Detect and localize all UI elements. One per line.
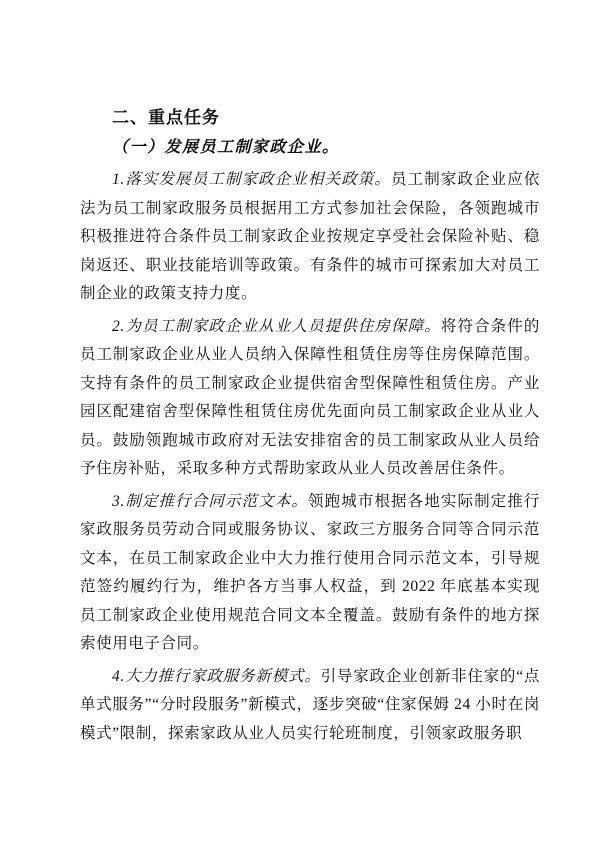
paragraph-3: 3.制定推行合同示范文本。领跑城市根据各地实际制定推行家政服务员劳动合同或服务协… bbox=[80, 488, 540, 659]
paragraph-1-body: 员工制家政企业应依法为员工制家政服务员根据用工方式参加社会保险，各领跑城市积极推… bbox=[80, 171, 540, 302]
paragraph-3-body: 领跑城市根据各地实际制定推行家政服务员劳动合同或服务协议、家政三方服务合同等合同… bbox=[80, 493, 540, 653]
paragraph-2-body: 将符合条件的员工制家政企业从业人员纳入保障性租赁住房等住房保障范围。支持有条件的… bbox=[80, 318, 540, 478]
subsection-heading: （一）发展员工制家政企业。 bbox=[80, 134, 540, 162]
paragraph-2-lead: 2.为员工制家政企业从业人员提供住房保障。 bbox=[112, 318, 441, 335]
paragraph-4: 4.大力推行家政服务新模式。引导家政企业创新非住家的“点单式服务”“分时段服务”… bbox=[80, 663, 540, 749]
paragraph-4-lead: 4.大力推行家政服务新模式。 bbox=[112, 668, 321, 685]
document-page: 二、重点任务 （一）发展员工制家政企业。 1.落实发展员工制家政企业相关政策。员… bbox=[0, 0, 595, 844]
document-viewer: 二、重点任务 （一）发展员工制家政企业。 1.落实发展员工制家政企业相关政策。员… bbox=[0, 0, 595, 844]
paragraph-1-lead: 1.落实发展员工制家政企业相关政策。 bbox=[112, 171, 391, 188]
paragraph-1: 1.落实发展员工制家政企业相关政策。员工制家政企业应依法为员工制家政服务员根据用… bbox=[80, 166, 540, 309]
paragraph-2: 2.为员工制家政企业从业人员提供住房保障。将符合条件的员工制家政企业从业人员纳入… bbox=[80, 313, 540, 484]
paragraph-3-lead: 3.制定推行合同示范文本。 bbox=[112, 493, 308, 510]
section-heading: 二、重点任务 bbox=[80, 104, 540, 132]
